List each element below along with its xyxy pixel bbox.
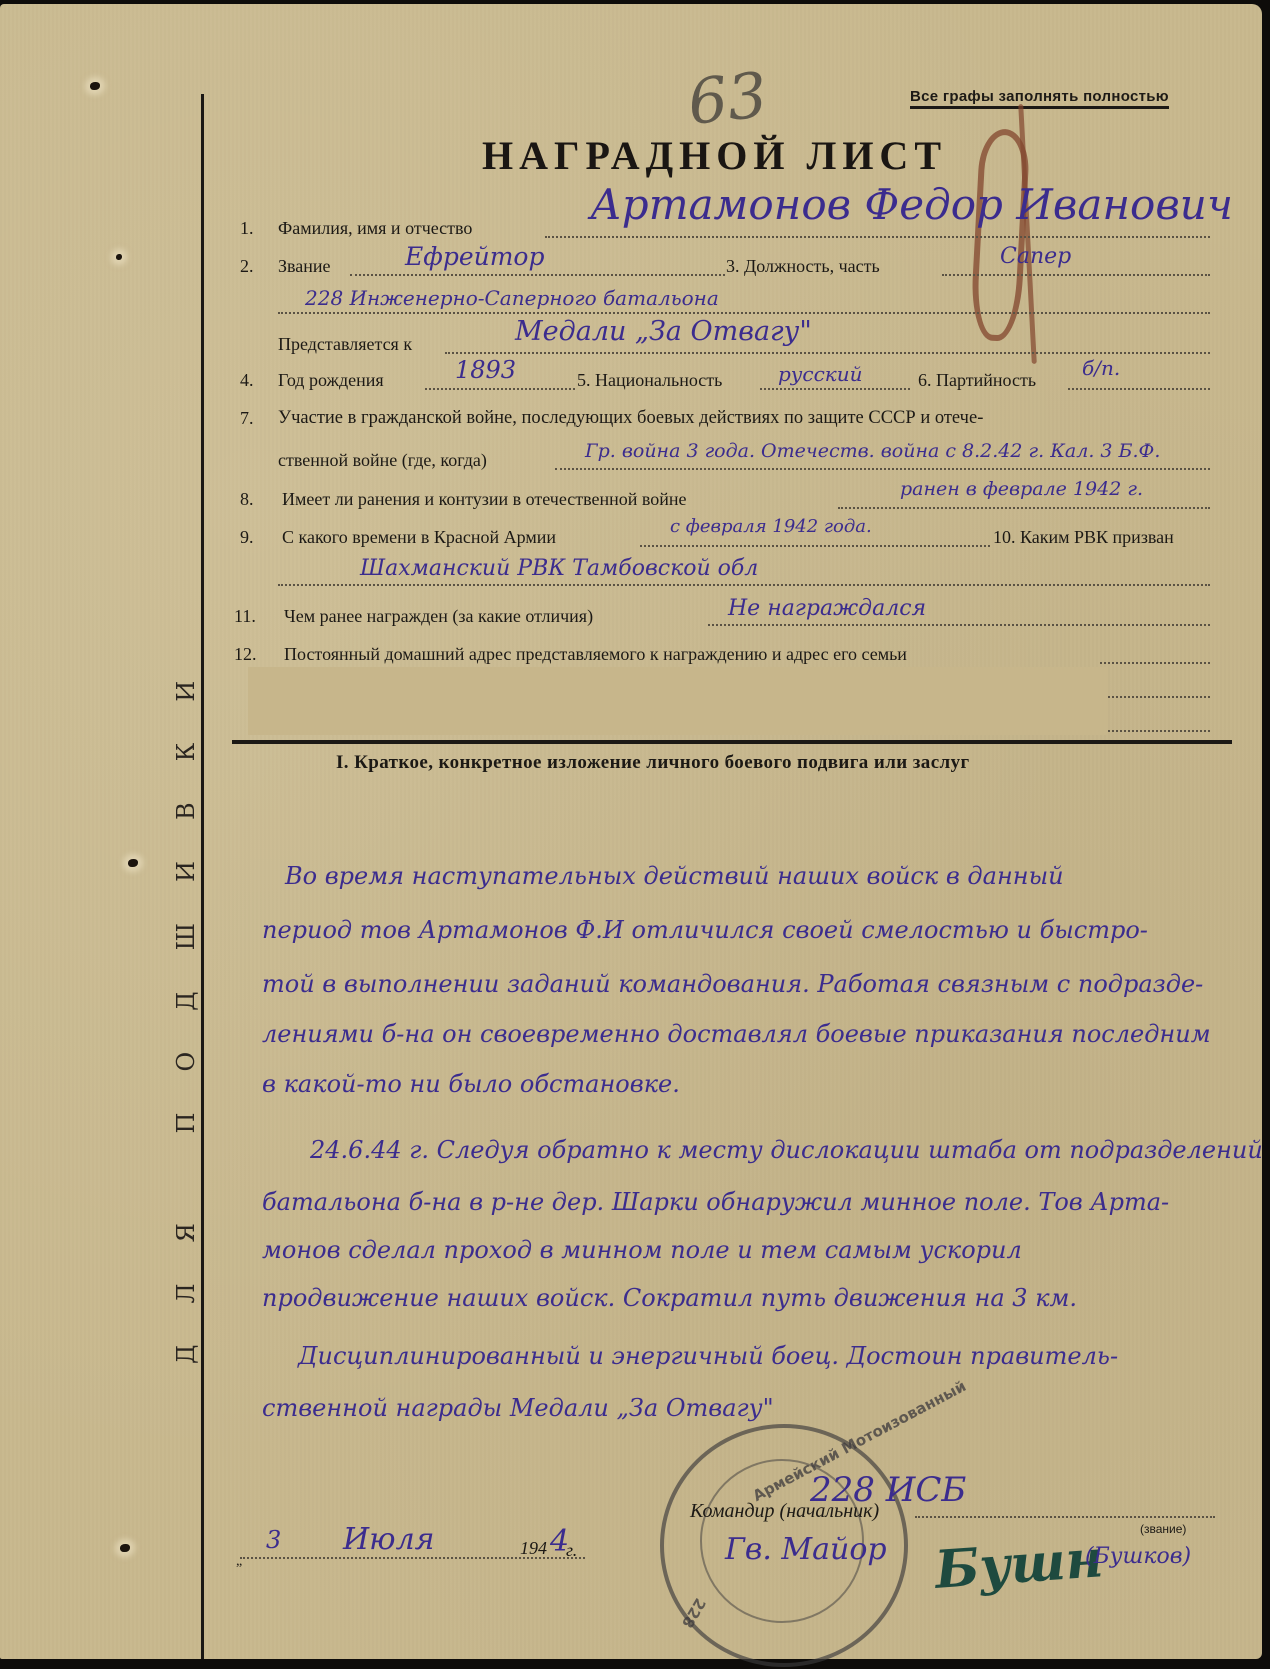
field-value-rank: Ефрейтор (405, 242, 544, 271)
field-number: 4. (240, 370, 254, 391)
narrative-line: продвижение наших войск. Сократил путь д… (262, 1284, 1077, 1312)
field-line (545, 236, 1210, 238)
field-value-nationality: русский (778, 362, 863, 386)
narrative-line: период тов Артамонов Ф.И отличился своей… (262, 916, 1148, 944)
field-value-award: Медали „За Отвагу" (515, 316, 812, 347)
date-day: 3 (266, 1526, 281, 1554)
commander-name: (Бушков) (1085, 1544, 1191, 1569)
field-label-nationality: 5. Национальность (577, 370, 722, 391)
commander-rank: Гв. Майор (725, 1532, 887, 1567)
field-label-presented-to: Представляется к (278, 334, 412, 355)
field-line (760, 388, 910, 390)
section-heading-feat: I. Краткое, конкретное изложение личного… (336, 752, 970, 774)
field-label-army-since: С какого времени в Красной Армии (282, 527, 556, 548)
field-label-rank: Звание (278, 256, 331, 277)
field-value-party: б/п. (1082, 356, 1120, 380)
binding-margin-line (201, 94, 204, 1659)
narrative-line: в какой-то ни было обстановке. (262, 1070, 680, 1098)
field-label-full-name: Фамилия, имя и отчество (278, 218, 472, 239)
narrative-line: ственной награды Медали „За Отвагу" (262, 1394, 774, 1422)
field-value-war-participation: Гр. война 3 года. Отечеств. война с 8.2.… (585, 440, 1160, 462)
field-label-home-address: Постоянный домашний адрес представляемог… (284, 644, 907, 665)
field-value-position: Сапер (1000, 244, 1071, 269)
field-number: 1. (240, 218, 254, 239)
document-title: НАГРАДНОЙ ЛИСТ (482, 132, 947, 179)
field-line (278, 584, 1210, 586)
narrative-line: Дисциплинированный и энергичный боец. До… (298, 1342, 1118, 1370)
field-label-position: 3. Должность, часть (726, 256, 880, 277)
field-line (425, 388, 575, 390)
field-line (942, 274, 1210, 276)
binder-hole (128, 859, 138, 867)
field-line (278, 312, 1210, 314)
field-line (1068, 388, 1210, 390)
redacted-address-block (248, 667, 1108, 735)
narrative-line: 24.6.44 г. Следуя обратно к месту дислок… (310, 1136, 1263, 1164)
date-year-unit: г. (566, 1540, 577, 1561)
date-month: Июля (343, 1522, 435, 1557)
field-value-unit: 228 Инженерно-Саперного батальона (305, 286, 719, 310)
commander-signature: Бушн (933, 1528, 1105, 1601)
field-value-army-since: с февраля 1942 года. (670, 516, 872, 537)
field-label-war-participation-cont: ственной войне (где, когда) (278, 450, 487, 471)
field-value-rvk: Шахманский РВК Тамбовской обл (360, 556, 758, 581)
field-label-wounds: Имеет ли ранения и контузии в отечествен… (282, 489, 687, 510)
award-sheet: ДЛЯ ПОДШИВКИ Все графы заполнять полност… (0, 4, 1262, 1659)
field-value-birth-year: 1893 (455, 356, 516, 384)
field-line (708, 624, 1210, 626)
field-number: 12. (234, 644, 257, 665)
field-number: 2. (240, 256, 254, 277)
field-line (350, 274, 725, 276)
field-line (838, 507, 1210, 509)
field-line (555, 468, 1210, 470)
narrative-line: монов сделал проход в минном поле и тем … (262, 1236, 1022, 1264)
unit-designation: 228 ИСБ (810, 1470, 966, 1510)
narrative-line: батальона б-на в р-не дер. Шарки обнаруж… (262, 1188, 1169, 1216)
section-divider (232, 740, 1232, 744)
field-number: 7. (240, 408, 254, 429)
field-line (1108, 696, 1210, 698)
field-value-prior-awards: Не награждался (728, 596, 926, 621)
field-line (1100, 662, 1210, 664)
field-value-wounds: ранен в феврале 1942 г. (900, 478, 1143, 500)
narrative-line: Во время наступательных действий наших в… (285, 862, 1064, 890)
field-label-party: 6. Партийность (918, 370, 1036, 391)
field-value-full-name: Артамонов Федор Иванович (590, 180, 1233, 229)
commander-line (915, 1516, 1215, 1518)
rank-caption: (звание) (1140, 1522, 1186, 1536)
binder-hole (90, 82, 100, 90)
binding-margin-label: ДЛЯ ПОДШИВКИ (172, 640, 200, 1364)
field-number: 9. (240, 527, 254, 548)
field-label-prior-awards: Чем ранее награжден (за какие отличия) (284, 606, 593, 627)
narrative-line: той в выполнении заданий командования. Р… (262, 970, 1203, 998)
field-label-birth-year: Год рождения (278, 370, 384, 391)
field-line (445, 352, 1210, 354)
binder-hole (120, 1544, 130, 1552)
field-label-rvk: 10. Каким РВК призван (993, 527, 1174, 548)
field-number: 11. (234, 606, 256, 627)
binder-hole (116, 254, 122, 260)
fill-all-fields-notice: Все графы заполнять полностью (910, 88, 1169, 109)
field-label-war-participation: Участие в гражданской войне, последующих… (278, 408, 983, 429)
date-year-prefix: 194 (520, 1538, 547, 1559)
field-line (640, 545, 990, 547)
field-number: 8. (240, 489, 254, 510)
archive-pencil-number: 63 (684, 58, 770, 139)
field-line (1108, 730, 1210, 732)
narrative-line: лениями б-на он своевременно доставлял б… (262, 1020, 1211, 1048)
